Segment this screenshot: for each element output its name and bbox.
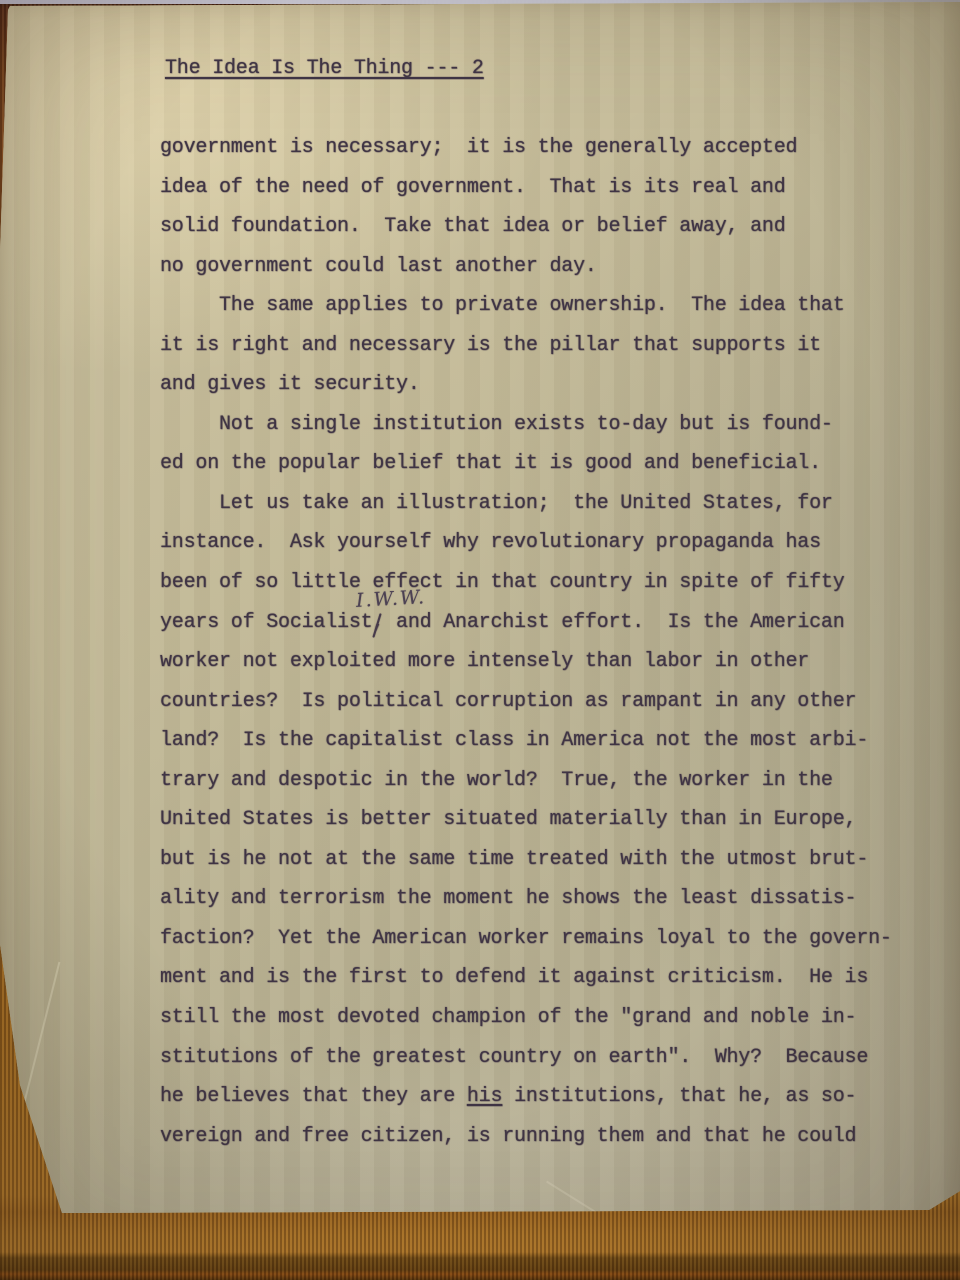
typed-text-body: government is necessary; it is the gener… [160, 128, 892, 1156]
text-line: been of so little effect in that country… [160, 563, 892, 603]
text-line: worker not exploited more intensely than… [160, 642, 892, 682]
text-line: land? Is the capitalist class in America… [160, 721, 892, 761]
text-line: trary and despotic in the world? True, t… [160, 761, 892, 801]
text-line: idea of the need of government. That is … [160, 168, 892, 208]
text-segment: institutions, that he, as so- [502, 1085, 856, 1108]
text-line: solid foundation. Take that idea or beli… [160, 207, 892, 247]
text-line: and gives it security. [160, 365, 892, 405]
text-line: The same applies to private ownership. T… [160, 286, 892, 326]
text-line: ment and is the first to defend it again… [160, 958, 892, 998]
text-line: United States is better situated materia… [160, 800, 892, 840]
underlined-word: his [467, 1085, 502, 1108]
page-title: The Idea Is The Thing --- 2 [165, 57, 484, 80]
text-line: ality and terrorism the moment he shows … [160, 879, 892, 919]
text-line: government is necessary; it is the gener… [160, 128, 892, 168]
text-segment: he believes that they are [160, 1085, 467, 1108]
text-line: instance. Ask yourself why revolutionary… [160, 523, 892, 563]
text-line: it is right and necessary is the pillar … [160, 326, 892, 366]
text-line: ed on the popular belief that it is good… [160, 444, 892, 484]
text-line: countries? Is political corruption as ra… [160, 682, 892, 722]
text-line: still the most devoted champion of the "… [160, 998, 892, 1038]
text-line: stitutions of the greatest country on ea… [160, 1038, 892, 1078]
text-line: but is he not at the same time treated w… [160, 840, 892, 880]
text-line: Let us take an illustration; the United … [160, 484, 892, 524]
text-line: vereign and free citizen, is running the… [160, 1117, 892, 1157]
text-line: Not a single institution exists to-day b… [160, 405, 892, 445]
text-line: years of Socialist, and Anarchist effort… [160, 603, 892, 643]
text-line: no government could last another day. [160, 247, 892, 287]
text-line: faction? Yet the American worker remains… [160, 919, 892, 959]
handwritten-insertion-iww: I.W.W. [355, 586, 426, 612]
manuscript-page: The Idea Is The Thing --- 2 government i… [0, 0, 960, 1280]
text-line: he believes that they are his institutio… [160, 1077, 892, 1117]
